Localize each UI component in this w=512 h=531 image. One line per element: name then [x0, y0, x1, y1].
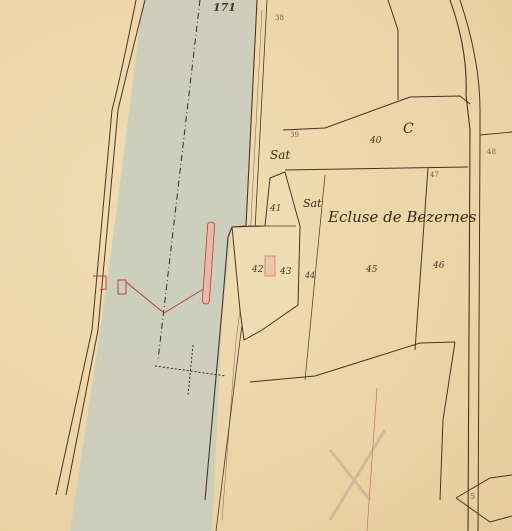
- parcel-label-42: 42: [252, 266, 263, 275]
- lock-keeper-house: [265, 256, 275, 276]
- road-left: [450, 0, 470, 531]
- parcel-label-48: 48: [487, 149, 496, 156]
- parcel-label-43: 43: [280, 268, 291, 277]
- parcel-label-44: 44: [305, 272, 315, 280]
- sheet-number: 171: [213, 2, 236, 13]
- parcel-bottom-boundary: [250, 342, 455, 382]
- pencil-mark: [330, 430, 385, 520]
- parcel-label-39: 39: [290, 132, 299, 139]
- road-right: [460, 0, 480, 531]
- left-notch: [93, 276, 106, 290]
- sat-label-lower: Sat: [303, 198, 322, 209]
- parcel-label-47: 47: [430, 172, 439, 179]
- parcel-label-5: 5: [470, 493, 475, 501]
- parcel-boundary-upper: [283, 96, 470, 130]
- parcel-label-46: 46: [433, 262, 444, 271]
- parcel-5: [456, 475, 512, 498]
- parcel-39-divider: [388, 0, 398, 100]
- parcel-label-40: 40: [370, 137, 381, 146]
- cadastral-map: 171 38 39 40 C Sat Sat Ecluse de Bezerne…: [0, 0, 512, 531]
- lock-name-label: Ecluse de Bezernes: [328, 210, 476, 225]
- parcel-label-41: 41: [270, 205, 281, 214]
- parcel-45-46-divider: [415, 168, 428, 350]
- parcel-label-45: 45: [366, 266, 377, 275]
- parcel-40-letter: C: [403, 122, 414, 136]
- parcel-5-lower: [456, 498, 512, 522]
- parcel-label-38: 38: [275, 15, 284, 22]
- sat-label-upper: Sat: [270, 149, 290, 161]
- parcel-40-bottom: [285, 167, 468, 170]
- east-divider: [480, 132, 512, 135]
- road-lower-left: [440, 342, 455, 500]
